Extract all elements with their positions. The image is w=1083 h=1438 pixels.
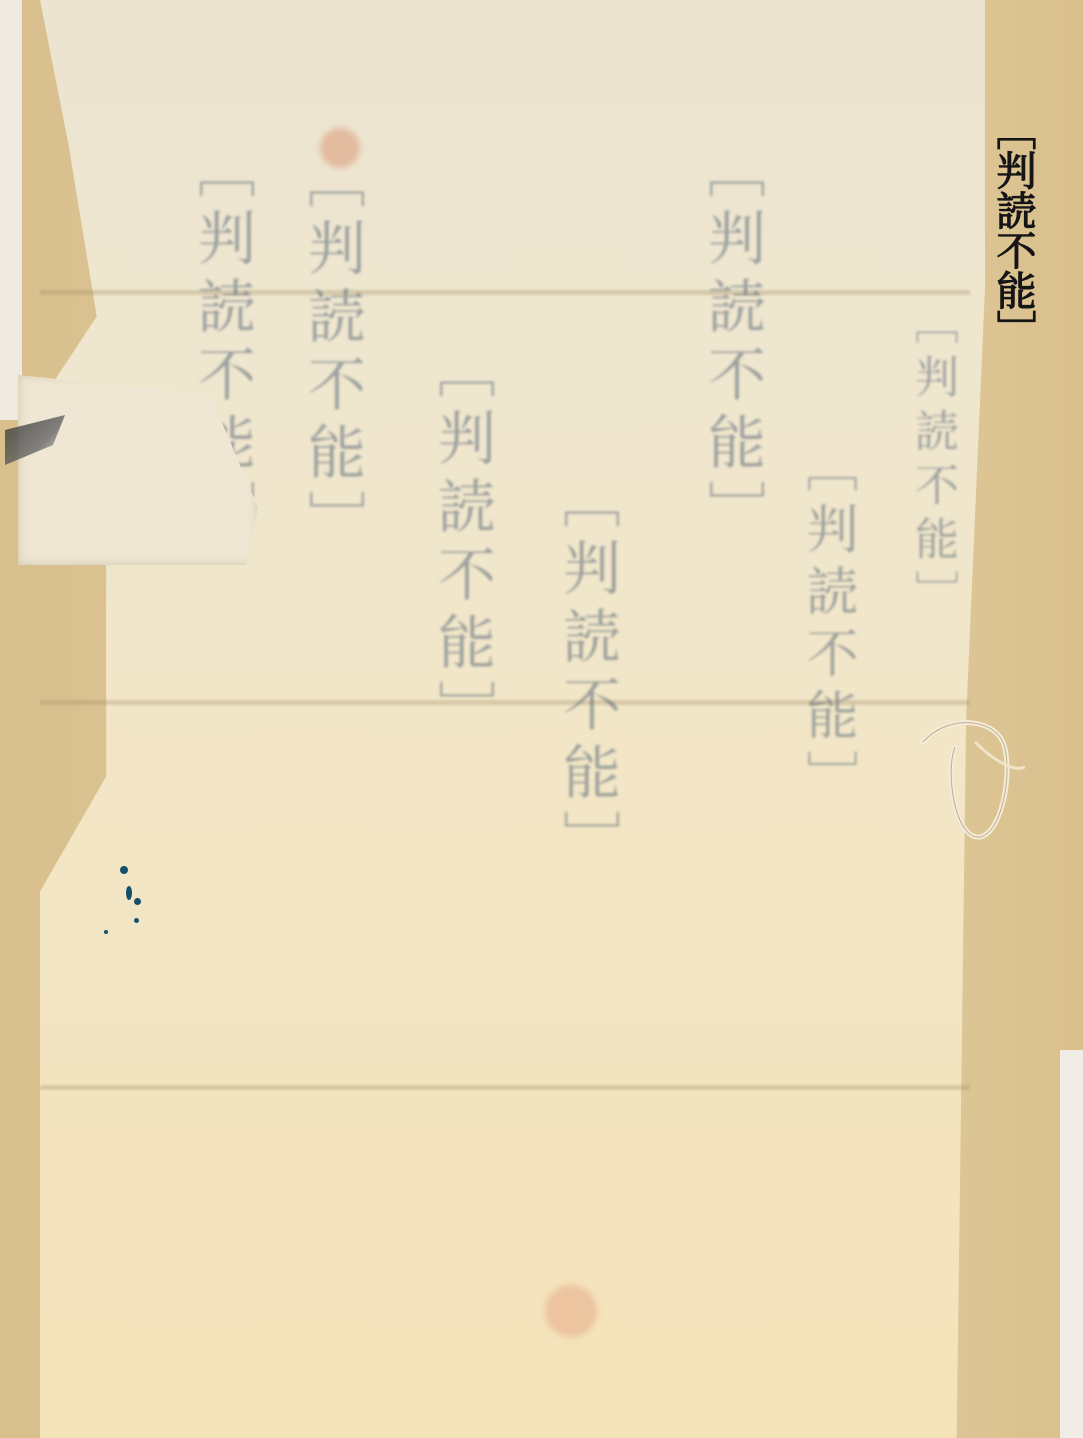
header-ink-text: ［判読不能］ — [990, 110, 1037, 350]
white-edge-bottom-right — [1060, 1050, 1083, 1438]
manuscript-column: ［判読不能］ — [290, 150, 374, 558]
manuscript-column: ［判読不能］ — [420, 340, 504, 748]
red-seal-impression — [320, 128, 360, 168]
white-edge-top-left — [0, 0, 22, 420]
string-tie — [915, 712, 1025, 847]
fold-line — [40, 1085, 970, 1090]
ink-spots — [100, 860, 160, 940]
manuscript-column: ［判読不能］ — [900, 300, 964, 624]
manuscript-column: ［判読不能］ — [690, 140, 774, 548]
header-ink-strokes: ［判読不能］ — [985, 110, 1042, 350]
manuscript-column: ［判読不能］ — [790, 440, 865, 812]
red-seal-impression — [545, 1285, 597, 1337]
manuscript-column: ［判読不能］ — [545, 470, 629, 878]
